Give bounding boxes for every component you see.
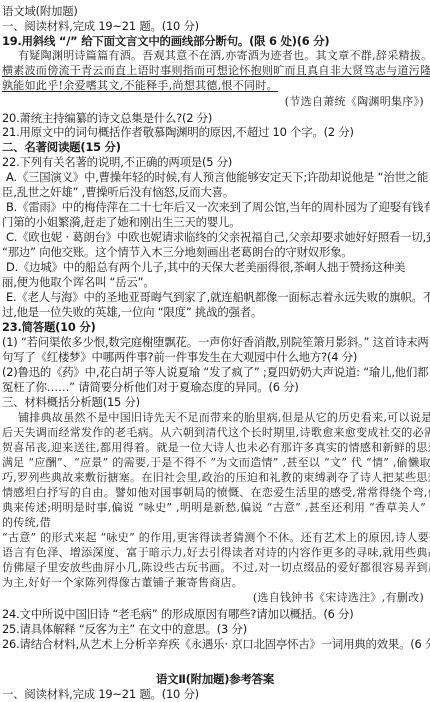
material-line-1: 铺排典故虽然不是中国旧诗先天不足而带来的胎里病,但是从它的历史看来,可以说是它 [18,411,430,425]
answers-title: 语文Ⅱ(附加题)参考答案 [0,672,430,686]
material-line-4: 满足 “应酬”、“应景” 的需要,于是不得不 “为文而造情” ,甚至以 “文” … [2,456,430,470]
material-line-3: 贺喜吊丧,迎来送往,都用得着。就是一位大诗人也未必有那许多真实的情感和新鲜的思想… [2,441,430,455]
question-20: 20.萧统主持编纂的诗文总集是什么?(2 分) [2,111,212,125]
option-d-line-1: D.《边城》中的船总有两个儿子,其中的天保大老美丽得很,茶峒人拙于赞扬这种美 [6,260,405,274]
option-b-line-2: 门第的小姐繁漪,赶走了她和刚出生三天的婴儿。 [2,215,240,229]
material-line-6: 情感坦白抒写的自由。譬如他对国事朝局的愤慨、在恋爱生活里的感受,常常得绕个弯,借… [2,486,430,500]
material-line-7: 典来传述;明明是时事,偏说 “咏史” ,明明是新愁,偏说 “古意” ,甚至还利用… [2,501,426,515]
passage-line-1: 有疑陶渊明诗篇篇有酒。吾观其意不在酒,亦寄酒为迹者也。其文章不群,辞采精拔。 [18,49,430,63]
question-23-2-line-1: (2)鲁迅的《药》中,花白胡子等人说夏瑜 “发了疯了” ;夏四奶奶大声说道: “… [2,365,428,379]
question-22: 22.下列有关名著的说明,不正确的两项是(5 分) [2,155,232,169]
option-a-line-1: A.《三国演义》中,曹操年轻的时候,有人预言他能够安定天下;许劭却说他是 “治世… [6,170,428,184]
question-23-1-line-1: (1) “若问渠侬多少恨,数完庭榭堕飘花。一声你好香消散,别院笙箫月影斜。” 这… [2,335,429,349]
material-line-5: 巧,罗列些典故来敷衍搪塞。在旧社会里,政治的压迫和礼教的束缚剥夺了诗人把某些思想… [2,471,430,485]
question-21: 21.用原文中的词句概括作者敬慕陶渊明的原因,不超过 10 个字。(2 分) [2,125,354,139]
question-19: 19.用斜线 “/” 给下面文言文中的画线部分断句。(限 6 处)(6 分) [2,34,329,48]
material-line-9: “古意” 的形式来起 “咏史” 的作用,更害得读者猜测个不休。还有艺术上的原因,… [2,531,430,545]
material-line-10: 语言有色泽、增添深度、富于暗示力,好去引得读者对诗的内容作更多的寻味,就用些典故… [2,546,430,560]
question-23-title: 23.简答题(10 分) [2,320,96,334]
option-b-line-1: B.《雷雨》中的梅侍萍在二十七年后又一次来到了周公馆,当年的周朴园为了迎娶有钱有 [6,200,430,214]
option-e-line-2: 过,他是一位失败的英雄,一位向 “限度” 挑战的强者。 [2,305,262,319]
option-e-line-1: E.《老人与海》中的圣地亚哥晦气到家了,就连船帆都像一面标志着永远失败的旗帜。不 [6,290,430,304]
question-23-2-line-2: 冤枉了你……” 请简要分析他们对于夏瑜态度的异同。(6 分) [2,380,299,394]
question-23-1-line-2: 句写了《红楼梦》中哪两件事?前一件事发生在大观园中什么地方?(4 分) [2,350,357,364]
passage-line-2-underlined: 横素波而傍流干青云而直上语时事则指而可想论怀抱则旷而且真自非大贤笃志与道污隆 [2,64,430,78]
material-line-11: 仿佛屋子里安放些曲屏小几,陈设些古玩书画。不过,对一切点缀品的爱好都很容易弄到反… [2,561,430,575]
question-24: 24.文中所说中国旧诗 “老毛病” 的形成原因有哪些?请加以概括。(6 分) [2,607,354,621]
header-title: 语文域(附加题) [2,4,78,18]
material-line-2: 后天失调而经常发作的老毛病。从六朝到清代这个长时期里,诗歌愈来愈变成社交的必需品… [2,426,430,440]
option-a-line-2: 臣,乱世之奸雄” ,曹操听后没有恼怒,反而大喜。 [2,185,234,199]
question-25: 25.请具体解释 “反客为主” 在文中的意思。(3 分) [2,622,247,636]
passage-line-3-underlined: 孰能如此乎!余爱嗜其文,不能释手,尚想其德,恨不同时。 [2,79,278,93]
section-3-title: 三、材料概括分析题(15 分) [2,395,140,409]
question-26: 26.请结合材料,从艺术上分析辛弃疾《永遇乐· 京口北固亭怀古》一词用典的效果。… [2,637,430,651]
answers-section-1-title: 一、阅读材料,完成 19~21 题。(10 分) [2,687,199,701]
material-source: (选自钱钟书《宋诗选注》,有删改) [253,591,424,605]
section-2-title: 二、名著阅读题(15 分) [2,140,121,154]
option-d-line-2: 丽,便为他取个诨名叫 “岳云”。 [2,275,155,289]
passage-source: (节选自萧统《陶渊明集序》) [285,95,424,109]
material-line-12: 为主,好好一个家陈列得像古董铺子兼寄售商店。 [2,576,243,590]
option-c-line-2: “那边” 向他交账。这个情节入木三分地刻画出老葛朗台的守财奴形象。 [2,245,353,259]
option-c-line-1: C.《欧也妮 · 葛朗台》中欧也妮请求临终的父亲祝福自己,父亲却要求她好好照看一… [6,230,430,244]
section-1-title: 一、阅读材料,完成 19~21 题。(10 分) [2,19,199,33]
material-line-8: 的传统,借 [2,516,51,530]
